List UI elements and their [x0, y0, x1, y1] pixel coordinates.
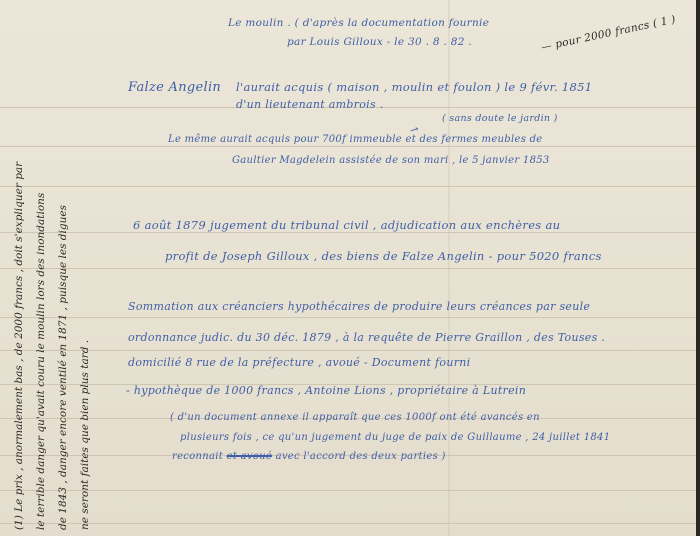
- section3-line-3: domicilié 8 rue de la préfecture , avoué…: [128, 356, 470, 369]
- ruled-line: [0, 146, 696, 147]
- ruled-line: [0, 232, 696, 233]
- section3-line-5: ( d'un document annexe il apparaît que c…: [170, 412, 540, 423]
- margin-footnote-line-3: de 1843 , danger encore ventilé en 1871 …: [52, 162, 74, 530]
- ruled-line: [0, 268, 696, 269]
- struck-out-text: et avoué: [227, 451, 273, 462]
- ruled-line: [0, 523, 696, 524]
- ruled-line: [0, 317, 696, 318]
- section3-line-7-start: reconnait: [172, 451, 223, 462]
- section3-line-7: reconnait et avoué avec l'accord des deu…: [172, 451, 446, 462]
- section3-line-1: Sommation aux créanciers hypothécaires d…: [128, 300, 590, 313]
- margin-footnote-line-1: (1) Le prix , anormalement bas , de 2000…: [8, 162, 30, 530]
- document-page: Le moulin . ( d'après la documentation f…: [0, 0, 700, 536]
- margin-footnote: (1) Le prix , anormalement bas , de 2000…: [8, 162, 96, 530]
- margin-footnote-line-4: ne seront faites que bien plus tard .: [74, 162, 96, 530]
- section3-line-7-end: avec l'accord des deux parties ): [276, 451, 446, 462]
- header-line-2: par Louis Gilloux - le 30 . 8 . 82 .: [287, 36, 472, 48]
- ruled-line: [0, 186, 696, 187]
- ruled-line: [0, 350, 696, 351]
- section1-line-4: Gaultier Magdelein assistée de son mari …: [232, 155, 550, 166]
- section2-line-2: profit de Joseph Gilloux , des biens de …: [165, 249, 602, 263]
- section3-line-2: ordonnance judic. du 30 déc. 1879 , à la…: [128, 331, 605, 344]
- section3-line-4: - hypothèque de 1000 francs , Antoine Li…: [126, 384, 526, 397]
- section1-line-2: d'un lieutenant ambrois .: [236, 98, 384, 111]
- page-edge-shadow: [696, 0, 700, 536]
- margin-footnote-line-2: le terrible danger qu'avait couru le mou…: [30, 162, 52, 530]
- ruled-line: [0, 490, 696, 491]
- header-line-1: Le moulin . ( d'après la documentation f…: [228, 17, 489, 29]
- annotation-price-footnote: — pour 2000 francs ( 1 ): [540, 13, 677, 53]
- section1-line-1: l'aurait acquis ( maison , moulin et fou…: [236, 80, 592, 94]
- section3-line-6: plusieurs fois , ce qu'un jugement du ju…: [180, 432, 610, 443]
- section1-owner-name: Falze Angelin: [128, 80, 221, 95]
- section1-note-above: ( sans doute le jardin ): [442, 113, 558, 124]
- section1-line-3: Le même aurait acquis pour 700f immeuble…: [168, 134, 543, 145]
- section2-line-1: 6 août 1879 jugement du tribunal civil ,…: [133, 218, 560, 232]
